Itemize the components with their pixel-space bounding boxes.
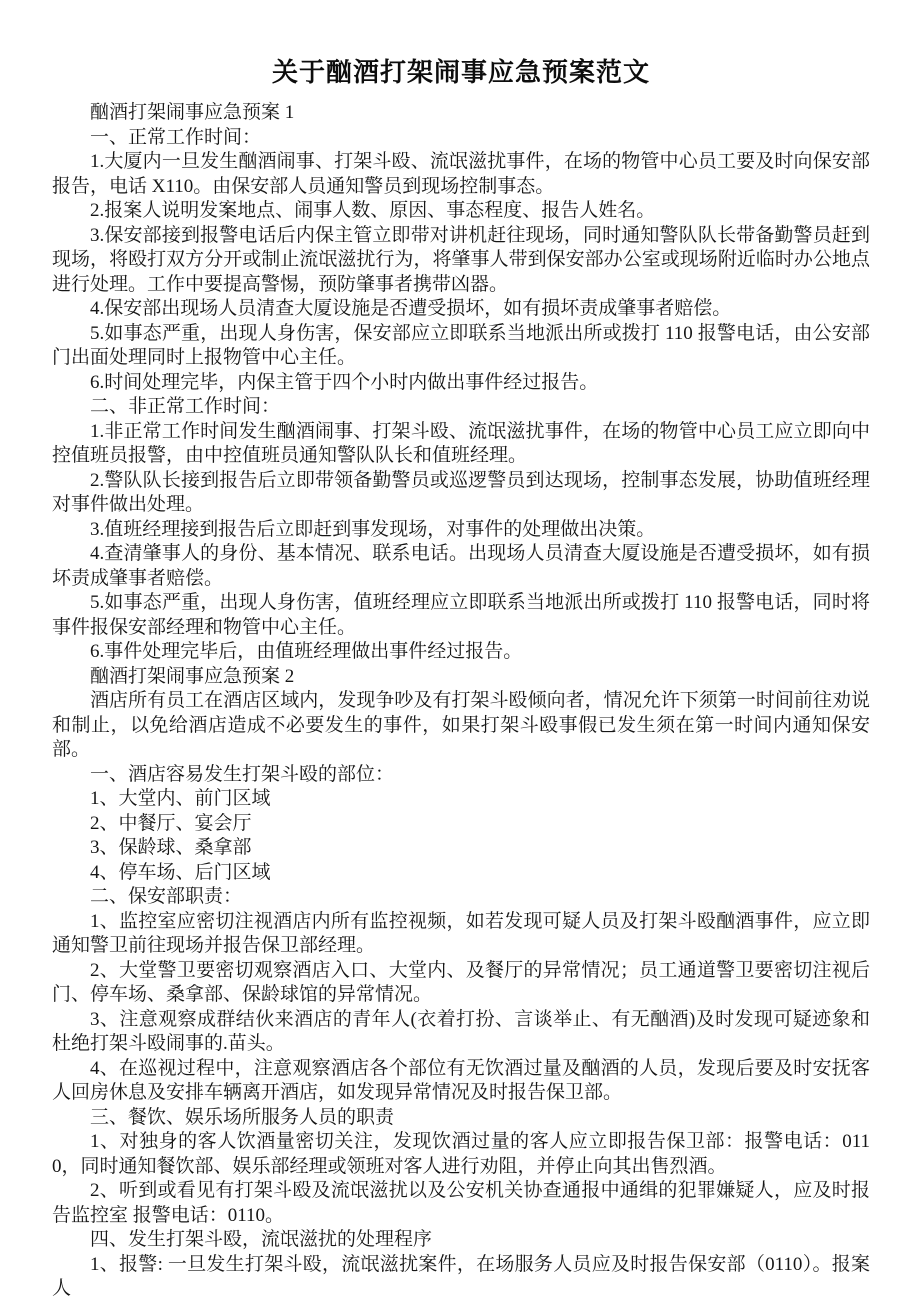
paragraph: 4、在巡视过程中，注意观察酒店各个部位有无饮酒过量及酗酒的人员，发现后要及时安抚… [52,1057,870,1106]
paragraph: 4、停车场、后门区域 [52,861,870,886]
paragraph: 1.非正常工作时间发生酗酒闹事、打架斗殴、流氓滋扰事件，在场的物管中心员工应立即… [52,420,870,469]
paragraph: 3.值班经理接到报告后立即赶到事发现场，对事件的处理做出决策。 [52,518,870,543]
paragraph: 酗酒打架闹事应急预案 1 [52,101,870,126]
paragraph: 三、餐饮、娱乐场所服务人员的职责 [52,1106,870,1131]
paragraph: 3.保安部接到报警电话后内保主管立即带对讲机赶往现场，同时通知警队队长带备勤警员… [52,224,870,298]
paragraph: 1、报警: 一旦发生打架斗殴，流氓滋扰案件，在场服务人员应及时报告保安部（011… [52,1253,870,1302]
paragraph: 3、保龄球、桑拿部 [52,836,870,861]
paragraph: 1、监控室应密切注视酒店内所有监控视频，如若发现可疑人员及打架斗殴酗酒事件，应立… [52,910,870,959]
paragraph: 酗酒打架闹事应急预案 2 [52,665,870,690]
paragraph: 3、注意观察成群结伙来酒店的青年人(衣着打扮、言谈举止、有无酗酒)及时发现可疑迹… [52,1008,870,1057]
paragraph: 5.如事态严重，出现人身伤害，保安部应立即联系当地派出所或拨打 110 报警电话… [52,322,870,371]
paragraph: 一、正常工作时间： [52,126,870,151]
paragraph: 1、对独身的客人饮酒量密切关注，发现饮酒过量的客人应立即报告保卫部：报警电话：0… [52,1130,870,1179]
paragraph: 2、中餐厅、宴会厅 [52,812,870,837]
paragraph: 酒店所有员工在酒店区域内，发现争吵及有打架斗殴倾向者，情况允许下须第一时间前往劝… [52,689,870,763]
paragraph: 4.保安部出现场人员清查大厦设施是否遭受损坏，如有损坏责成肇事者赔偿。 [52,297,870,322]
paragraph: 2.报案人说明发案地点、闹事人数、原因、事态程度、报告人姓名。 [52,199,870,224]
paragraph: 四、发生打架斗殴，流氓滋扰的处理程序 [52,1228,870,1253]
paragraph: 一、酒店容易发生打架斗殴的部位： [52,763,870,788]
paragraph: 2.警队队长接到报告后立即带领备勤警员或巡逻警员到达现场，控制事态发展，协助值班… [52,469,870,518]
paragraph: 二、保安部职责： [52,885,870,910]
paragraph: 6.时间处理完毕，内保主管于四个小时内做出事件经过报告。 [52,371,870,396]
paragraph: 4.查清肇事人的身份、基本情况、联系电话。出现场人员清查大厦设施是否遭受损坏，如… [52,542,870,591]
document-title: 关于酗酒打架闹事应急预案范文 [52,56,870,90]
paragraph: 2、大堂警卫要密切观察酒店入口、大堂内、及餐厅的异常情况；员工通道警卫要密切注视… [52,959,870,1008]
paragraph: 1.大厦内一旦发生酗酒闹事、打架斗殴、流氓滋扰事件，在场的物管中心员工要及时向保… [52,150,870,199]
document-page: 关于酗酒打架闹事应急预案范文 酗酒打架闹事应急预案 1一、正常工作时间：1.大厦… [0,0,920,1302]
paragraph: 5.如事态严重，出现人身伤害，值班经理应立即联系当地派出所或拨打 110 报警电… [52,591,870,640]
document-body: 酗酒打架闹事应急预案 1一、正常工作时间：1.大厦内一旦发生酗酒闹事、打架斗殴、… [52,101,870,1302]
paragraph: 6.事件处理完毕后，由值班经理做出事件经过报告。 [52,640,870,665]
paragraph: 1、大堂内、前门区域 [52,787,870,812]
paragraph: 2、听到或看见有打架斗殴及流氓滋扰以及公安机关协查通报中通缉的犯罪嫌疑人，应及时… [52,1179,870,1228]
paragraph: 二、非正常工作时间： [52,395,870,420]
